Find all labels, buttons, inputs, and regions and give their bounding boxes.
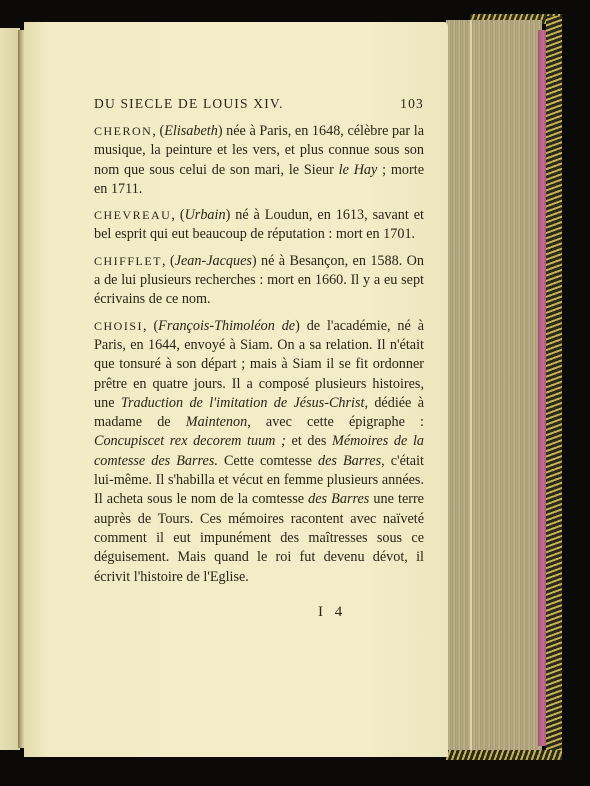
entry-name: CHEVREAU xyxy=(94,208,171,222)
entry-choisi: CHOISI, (François-Thimoléon de) de l'aca… xyxy=(94,317,424,587)
book-cover-spine xyxy=(546,16,562,760)
page-number: 103 xyxy=(400,96,424,112)
entry-name: CHIFFLET xyxy=(94,254,162,268)
entry-cheron: CHERON, (Elisabeth) née à Paris, en 1648… xyxy=(94,122,424,199)
entry-chevreau: CHEVREAU, (Urbain) né à Loudun, en 1613,… xyxy=(94,206,424,245)
running-header: DU SIECLE DE LOUIS XIV. 103 xyxy=(94,96,424,112)
entry-name: CHOISI xyxy=(94,319,143,333)
entry-name: CHERON xyxy=(94,124,152,138)
page-text: CHERON, (Elisabeth) née à Paris, en 1648… xyxy=(94,122,424,594)
given-name: Urbain xyxy=(185,207,226,223)
running-head-title: DU SIECLE DE LOUIS XIV. xyxy=(94,96,284,111)
left-page-edge xyxy=(0,28,20,750)
signature-mark: I 4 xyxy=(318,604,346,621)
book-cover-bottom xyxy=(446,750,562,760)
entry-chifflet: CHIFFLET, (Jean-Jacques) né à Besançon, … xyxy=(94,252,424,310)
page-edges xyxy=(446,20,542,754)
given-name: Jean-Jacques xyxy=(175,253,252,269)
given-name: François-Thimoléon de xyxy=(158,318,295,334)
given-name: Elisabeth xyxy=(164,123,218,139)
